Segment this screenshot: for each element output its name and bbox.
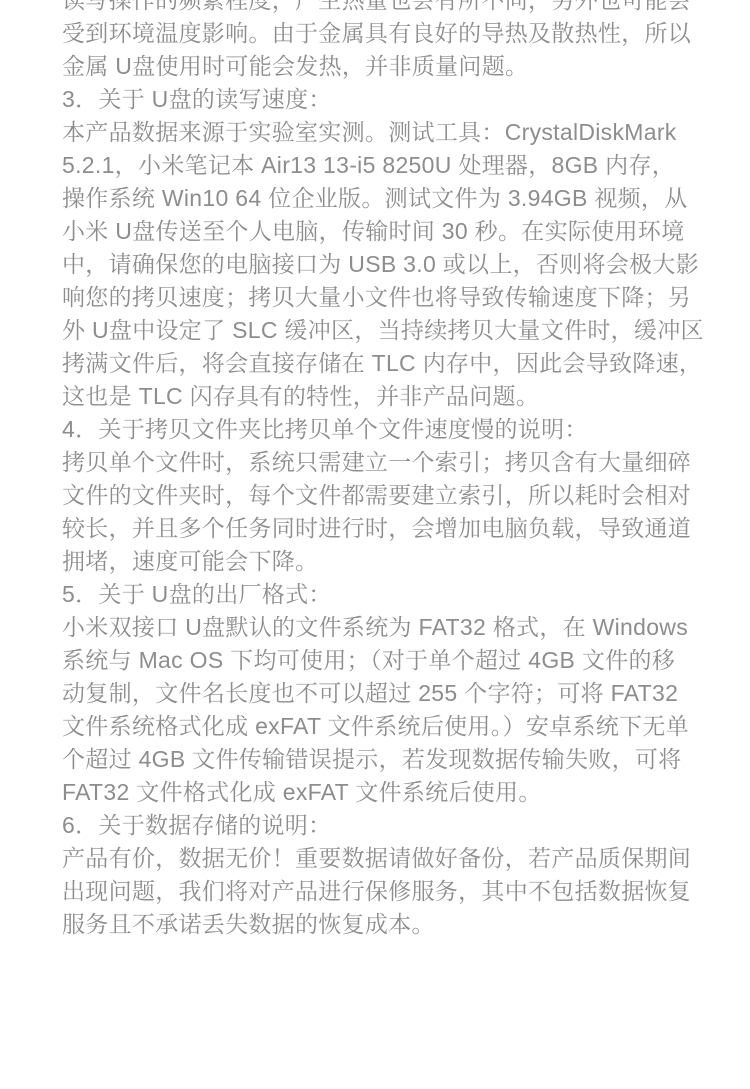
text-line: 这也是 TLC 闪存具有的特性，并非产品问题。 — [62, 380, 692, 413]
section-heading-folder-copy-speed: 4．关于拷贝文件夹比拷贝单个文件速度慢的说明： — [62, 413, 692, 446]
text-line: 产品有价，数据无价！重要数据请做好备份，若产品质保期间 — [62, 842, 692, 875]
section-heading-data-storage: 6．关于数据存储的说明： — [62, 809, 692, 842]
section-heading-factory-format: 5．关于 U盘的出厂格式： — [62, 578, 692, 611]
text-line: 外 U盘中设定了 SLC 缓冲区，当持续拷贝大量文件时，缓冲区 — [62, 314, 692, 347]
text-line: 小米 U盘传送至个人电脑，传输时间 30 秒。在实际使用环境 — [62, 215, 692, 248]
text-line: 本产品数据来源于实验室实测。测试工具：CrystalDiskMark — [62, 116, 692, 149]
text-line: 系统与 Mac OS 下均可使用；（对于单个超过 4GB 文件的移 — [62, 644, 692, 677]
text-line: 拥堵，速度可能会下降。 — [62, 545, 692, 578]
text-line: 文件的文件夹时，每个文件都需要建立索引，所以耗时会相对 — [62, 479, 692, 512]
text-line: 中，请确保您的电脑接口为 USB 3.0 或以上，否则将会极大影 — [62, 248, 692, 281]
text-line: FAT32 文件格式化成 exFAT 文件系统后使用。 — [62, 776, 692, 809]
text-line: 拷贝单个文件时，系统只需建立一个索引；拷贝含有大量细碎 — [62, 446, 692, 479]
text-line: 动复制，文件名长度也不可以超过 255 个字符；可将 FAT32 — [62, 677, 692, 710]
text-line: 出现问题，我们将对产品进行保修服务，其中不包括数据恢复 — [62, 875, 692, 908]
text-line: 受到环境温度影响。由于金属具有良好的导热及散热性，所以 — [62, 17, 692, 50]
text-line: 个超过 4GB 文件传输错误提示，若发现数据传输失败，可将 — [62, 743, 692, 776]
product-description-text-block: 读写操作的频繁程度，产生热量也会有所不同，另外也可能会 受到环境温度影响。由于金… — [62, 0, 692, 941]
text-line: 服务且不承诺丢失数据的恢复成本。 — [62, 908, 692, 941]
text-line: 响您的拷贝速度；拷贝大量小文件也将导致传输速度下降；另 — [62, 281, 692, 314]
text-line: 金属 U盘使用时可能会发热，并非质量问题。 — [62, 50, 692, 83]
text-line: 较长，并且多个任务同时进行时，会增加电脑负载，导致通道 — [62, 512, 692, 545]
text-line: 拷满文件后，将会直接存储在 TLC 内存中，因此会导致降速， — [62, 347, 692, 380]
text-line: 文件系统格式化成 exFAT 文件系统后使用。）安卓系统下无单 — [62, 710, 692, 743]
text-line: 小米双接口 U盘默认的文件系统为 FAT32 格式，在 Windows — [62, 611, 692, 644]
text-line-clipped: 读写操作的频繁程度，产生热量也会有所不同，另外也可能会 — [62, 0, 692, 17]
section-heading-read-write-speed: 3．关于 U盘的读写速度： — [62, 83, 692, 116]
text-line: 操作系统 Win10 64 位企业版。测试文件为 3.94GB 视频，从 — [62, 182, 692, 215]
text-line: 5.2.1，小米笔记本 Air13 13-i5 8250U 处理器，8GB 内存… — [62, 149, 692, 182]
